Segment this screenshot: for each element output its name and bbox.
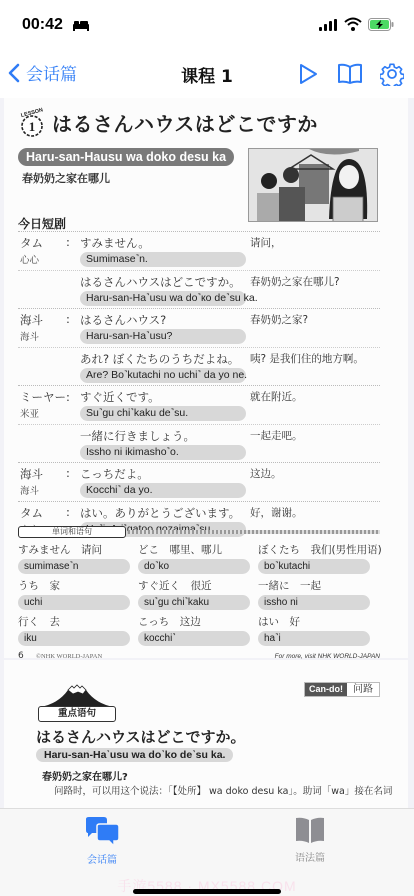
visit-link-text: For more, visit NHK WORLD-JAPAN bbox=[275, 653, 380, 660]
tab-bar: 会话篇 语法篇 手游5588 · MX5588.COM bbox=[0, 808, 414, 896]
divider bbox=[128, 530, 380, 534]
key-phrase-page: 重点语句 Can-do! 问路 はるさんハウスはどこですか。 Haru-san-… bbox=[4, 660, 408, 808]
vocab-romaji: do˺ko bbox=[138, 559, 250, 574]
vocab-word: はい 好 bbox=[258, 614, 380, 629]
japanese-line: はるさんハウスはどこですか。 bbox=[80, 274, 241, 290]
book-icon bbox=[294, 817, 326, 845]
book-icon bbox=[337, 63, 363, 85]
romaji-line: Are? Bo˺kutachi no uchi˺ da yo ne. bbox=[80, 368, 246, 383]
romaji-line: Issho ni ikimasho˺o. bbox=[80, 445, 246, 460]
vocab-word: どこ 哪里、哪儿 bbox=[138, 542, 258, 557]
dialogue-line: はるさんハウスはどこですか。 Haru-san-Ha˺usu wa do˺ко … bbox=[18, 270, 380, 308]
play-button[interactable] bbox=[294, 61, 322, 87]
chinese-translation: 春奶奶之家? bbox=[250, 312, 308, 327]
wifi-icon bbox=[344, 17, 362, 31]
vocab-word: すみません 请问 bbox=[18, 542, 138, 557]
mount-fuji-icon bbox=[38, 680, 116, 708]
navigation-bar: 会话篇 课程 1 bbox=[0, 48, 414, 98]
tab-label: 会话篇 bbox=[87, 851, 117, 866]
dialogue-turn: 海斗 海斗 : はるさんハウス? Haru-san-Ha˺usu? 春奶奶之家?… bbox=[18, 308, 380, 385]
chinese-translation: 咦? 是我们住的地方啊。 bbox=[250, 351, 364, 366]
vocab-grid: すみません 请问sumimase˺n どこ 哪里、哪儿do˺ko ぼくたち 我们… bbox=[18, 542, 380, 646]
lesson-title: はるさんハウスはどこですか bbox=[52, 108, 318, 137]
lesson-badge-icon: LESSON1 bbox=[18, 106, 48, 138]
japanese-line: あれ? ぼくたちのうちだよね。 bbox=[80, 351, 239, 367]
section-heading-skit: 今日短剧 bbox=[18, 215, 66, 232]
chinese-translation: 就在附近。 bbox=[250, 389, 303, 404]
chinese-translation: 好，谢谢。 bbox=[250, 505, 303, 520]
japanese-line: こっちだよ。 bbox=[80, 466, 149, 482]
settings-button[interactable] bbox=[378, 61, 406, 87]
dialogue-line: すぐ近くです。 Su˺gu chi˺kaku de˺su. 就在附近。 bbox=[18, 386, 380, 424]
vocab-word: すぐ近く 很近 bbox=[138, 578, 258, 593]
vocab-romaji: uchi bbox=[18, 595, 130, 610]
tab-grammar[interactable]: 语法篇 bbox=[250, 817, 370, 864]
status-time: 00:42 bbox=[22, 16, 63, 34]
chinese-translation: 请问， bbox=[250, 235, 282, 250]
key-phrase-heading: 重点语句 bbox=[38, 706, 116, 722]
lesson-page: LESSON1 はるさんハウスはどこですか Haru-san-Hausu wa … bbox=[4, 98, 408, 658]
vocab-item: はい 好ha˺i bbox=[258, 614, 380, 646]
chat-bubbles-icon bbox=[84, 817, 120, 847]
vocab-item: どこ 哪里、哪儿do˺ko bbox=[138, 542, 258, 574]
dialogue-turn: ミーヤー: 米亚 すぐ近くです。 Su˺gu chi˺kaku de˺su. 就… bbox=[18, 385, 380, 462]
book-button[interactable] bbox=[336, 61, 364, 87]
lesson-header: LESSON1 はるさんハウスはどこですか bbox=[18, 106, 318, 138]
chinese-translation: 这边。 bbox=[250, 466, 282, 481]
japanese-line: はるさんハウス? bbox=[80, 312, 166, 328]
vocab-item: 行く 去iku bbox=[18, 614, 138, 646]
vocab-romaji: iku bbox=[18, 631, 130, 646]
dialogue-line: : はるさんハウス? Haru-san-Ha˺usu? 春奶奶之家? bbox=[18, 309, 380, 347]
japanese-line: 一緒に行きましょう。 bbox=[80, 428, 195, 444]
key-sentence-translation: 春奶奶之家在哪儿? bbox=[42, 768, 128, 783]
dialogue-turn: 海斗 海斗 : こっちだよ。 Kocchi˺ da yo. 这边。 bbox=[18, 462, 380, 501]
vocab-item: 一緒に 一起issho ni bbox=[258, 578, 380, 610]
vocab-romaji: kocchi˺ bbox=[138, 631, 250, 646]
vocab-item: すみません 请问sumimase˺n bbox=[18, 542, 138, 574]
romaji-line: Haru-san-Ha˺usu wa do˺ко de˺su ka. bbox=[80, 291, 246, 306]
chinese-translation: 春奶奶之家在哪儿? bbox=[250, 274, 340, 289]
vocab-romaji: ha˺i bbox=[258, 631, 370, 646]
dialogue-line: 一緒に行きましょう。 Issho ni ikimasho˺o. 一起走吧。 bbox=[18, 424, 380, 462]
vocab-item: こっち 这边kocchi˺ bbox=[138, 614, 258, 646]
japanese-line: はい。ありがとうございます。 bbox=[80, 505, 240, 521]
copyright: ©NHK WORLD-JAPAN bbox=[36, 653, 102, 660]
lesson-romaji-title: Haru-san-Hausu wa doko desu ka bbox=[18, 148, 234, 166]
nav-actions bbox=[294, 61, 406, 87]
can-do-value: 问路 bbox=[347, 683, 379, 696]
vocab-header: 单词和语句 bbox=[18, 526, 380, 538]
key-sentence-romaji: Haru-san-Ha˺usu wa do˺ko de˺su ka. bbox=[36, 748, 233, 762]
vocab-word: 行く 去 bbox=[18, 614, 138, 629]
romaji-line: Haru-san-Ha˺usu? bbox=[80, 329, 246, 344]
dialogue-line: : こっちだよ。 Kocchi˺ da yo. 这边。 bbox=[18, 463, 380, 501]
play-icon bbox=[298, 63, 318, 85]
vocab-item: すぐ近く 很近su˺gu chi˺kaku bbox=[138, 578, 258, 610]
dialogue-turn: タム 心心 : すみません。 Sumimase˺n. 请问， はるさんハウスはど… bbox=[18, 231, 380, 308]
dialogue: タム 心心 : すみません。 Sumimase˺n. 请问， はるさんハウスはど… bbox=[18, 231, 380, 540]
vocab-romaji: su˺gu chi˺kaku bbox=[138, 595, 250, 610]
key-sentence-explanation: 问路时，可以用这个说法：「【处所】 wa doko desu ka」。助词「wa… bbox=[54, 783, 392, 797]
vocab-heading: 单词和语句 bbox=[18, 526, 126, 538]
lesson-chinese-title: 春奶奶之家在哪儿 bbox=[22, 170, 110, 186]
vocab-item: ぼくたち 我们(男性用语)bo˺kutachi bbox=[258, 542, 380, 574]
bed-icon bbox=[73, 20, 89, 31]
vocab-romaji: bo˺kutachi bbox=[258, 559, 370, 574]
dialogue-line: : すみません。 Sumimase˺n. 请问， bbox=[18, 232, 380, 270]
vocab-romaji: issho ni bbox=[258, 595, 370, 610]
home-indicator[interactable] bbox=[133, 889, 281, 894]
status-bar: 00:42 bbox=[0, 0, 414, 48]
key-sentence: はるさんハウスはどこですか。 bbox=[36, 726, 246, 747]
japanese-line: すぐ近くです。 bbox=[80, 389, 160, 405]
vocab-word: こっち 这边 bbox=[138, 614, 258, 629]
tab-conversation[interactable]: 会话篇 bbox=[42, 817, 162, 866]
tab-label: 语法篇 bbox=[295, 849, 325, 864]
vocab-item: うち 家uchi bbox=[18, 578, 138, 610]
lesson-illustration bbox=[248, 148, 378, 222]
can-do-badge: Can-do! 问路 bbox=[304, 682, 380, 697]
romaji-line: Kocchi˺ da yo. bbox=[80, 483, 246, 498]
dialogue-line: あれ? ぼくたちのうちだよね。 Are? Bo˺kutachi no uchi˺… bbox=[18, 347, 380, 385]
vocab-romaji: sumimase˺n bbox=[18, 559, 130, 574]
battery-charging-icon bbox=[368, 18, 394, 31]
vocab-word: 一緒に 一起 bbox=[258, 578, 380, 593]
svg-text:1: 1 bbox=[29, 119, 36, 134]
cellular-signal-icon bbox=[319, 19, 337, 31]
vocab-word: うち 家 bbox=[18, 578, 138, 593]
chinese-translation: 一起走吧。 bbox=[250, 428, 303, 443]
gear-icon bbox=[380, 62, 404, 86]
vocab-word: ぼくたち 我们(男性用语) bbox=[258, 542, 380, 557]
can-do-label: Can-do! bbox=[305, 683, 347, 696]
romaji-line: Sumimase˺n. bbox=[80, 252, 246, 267]
japanese-line: すみません。 bbox=[80, 235, 150, 251]
romaji-line: Su˺gu chi˺kaku de˺su. bbox=[80, 406, 246, 421]
lesson-document-viewer[interactable]: LESSON1 はるさんハウスはどこですか Haru-san-Hausu wa … bbox=[0, 98, 414, 808]
